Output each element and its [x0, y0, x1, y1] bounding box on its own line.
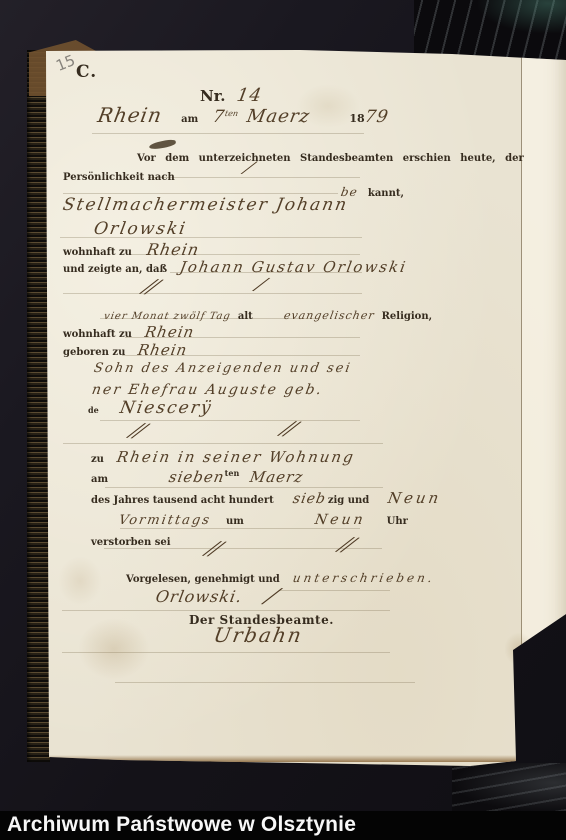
death-month-value: Maerz: [249, 468, 305, 486]
section-letter: C.: [76, 62, 97, 82]
registrar-signature: Urbahn: [214, 623, 303, 647]
zeigte-an-label: und zeigte an, daß: [63, 264, 167, 275]
page-bottom-edge: [47, 755, 517, 762]
age-value: vier Monat zwölf Tag: [103, 311, 232, 322]
de-fragment: de: [88, 405, 99, 415]
death-time-line: Vormittags um Neun Uhr: [119, 509, 408, 528]
year-printed: 18: [349, 112, 364, 125]
am-label: am: [181, 114, 198, 125]
death-place-value: Rhein in seiner Wohnung: [115, 448, 356, 466]
daypart-value: Vormittags: [118, 513, 213, 528]
year-written: 79: [363, 107, 390, 127]
ruled-line: [115, 682, 415, 683]
report-line: und zeigte an, daß Johann Gustav Orlowsk…: [63, 257, 407, 276]
declarant-line2-text: Orlowski: [92, 219, 188, 239]
stain: [58, 556, 102, 606]
marbled-binding-texture: [452, 763, 566, 813]
closing-line: Vorgelesen, genehmigt und unterschrieben…: [126, 567, 435, 586]
hour-value: Neun: [314, 512, 367, 528]
bekannt-printed: kannt,: [368, 188, 404, 199]
persoenlichkeit-line: Persönlichkeit nach: [63, 165, 175, 184]
archive-caption-text: Archiwum Państwowe w Olsztynie: [7, 813, 356, 837]
intro-line: Vor dem unterzeichneten Standesbeamten e…: [137, 146, 524, 165]
year-hw1-value: sieb: [291, 491, 327, 507]
month-value: Maerz: [245, 106, 312, 127]
document-page: 15 C. Nr. 14 Rhein am 7ten Maerz 1879 Vo…: [0, 0, 566, 840]
closing-printed-text: Vorgelesen, genehmigt und: [126, 574, 280, 585]
am-label: am: [91, 474, 108, 485]
place-value: Rhein: [96, 103, 164, 127]
age-religion-line: vier Monat zwölf Tag alt evangelischer R…: [104, 304, 432, 323]
parents-line-2: ner Ehefrau Auguste geb.: [92, 379, 323, 398]
year-hw2-value: Neun: [387, 489, 444, 507]
verstorben-line: verstorben sei: [91, 530, 171, 549]
day-suffix: ten: [224, 109, 239, 118]
zu-label: zu: [91, 454, 104, 465]
book-cover-bottom-right: [452, 763, 566, 813]
ruled-line: [148, 177, 360, 178]
death-year-line: des Jahres tausend acht hundert siebzig …: [91, 488, 442, 507]
ruled-line: [63, 293, 362, 294]
death-day-suffix: ten: [225, 468, 240, 478]
ruled-line: [63, 443, 383, 444]
religion-label: Religion,: [382, 311, 432, 322]
deceased-name-value: Johann Gustav Orlowski: [179, 258, 409, 276]
death-day-value: sieben: [168, 468, 227, 486]
death-place-line: zu Rhein in seiner Wohnung: [91, 447, 355, 466]
section-letter-text: C.: [76, 62, 97, 82]
persoenlichkeit-text: Persönlichkeit nach: [63, 172, 175, 183]
death-date-line: am siebenten Maerz: [91, 467, 304, 486]
zig-und-label: zig und: [328, 495, 369, 506]
verstorben-label: verstorben sei: [91, 537, 171, 548]
place-date-line: Rhein am 7ten Maerz 1879: [98, 103, 388, 127]
residence-line-2: wohnhaft zu Rhein: [63, 322, 194, 341]
teal-marbling-tint: [476, 0, 566, 34]
alt-label: alt: [238, 311, 253, 322]
stain: [504, 632, 534, 666]
parents-line-1: Sohn des Anzeigenden und sei: [94, 357, 352, 376]
year-printed-label: des Jahres tausend acht hundert: [91, 495, 274, 506]
stain: [78, 618, 150, 680]
intro-text: Vor dem unterzeichneten Standesbeamten e…: [137, 153, 524, 164]
declarant-signature-text: Orlowski.: [154, 587, 244, 606]
declarant-surname-line: Orlowski: [94, 219, 187, 239]
mother-name-value: Niescerÿ: [118, 398, 214, 418]
uhr-label: Uhr: [387, 516, 408, 527]
mother-maiden-name-line: de Niescerÿ: [88, 398, 212, 418]
declarant-line1-text: Stellmachermeister Johann: [61, 195, 350, 215]
ruled-line: [280, 590, 390, 591]
bekannt-line: be kannt,: [341, 181, 404, 200]
parents-line2-text: ner Ehefrau Auguste geb.: [91, 382, 325, 398]
parents-line1-text: Sohn des Anzeigenden und sei: [93, 361, 353, 376]
declarant-signature: Orlowski.: [156, 587, 242, 606]
archival-photo: 15 C. Nr. 14 Rhein am 7ten Maerz 1879 Vo…: [0, 0, 566, 840]
ruled-line: [63, 193, 338, 194]
registrar-signature-text: Urbahn: [212, 623, 305, 647]
ruled-line: [92, 133, 364, 134]
religion-value: evangelischer: [283, 309, 376, 322]
residence-2-value: Rhein: [143, 323, 195, 341]
declarant-occupation-line: Stellmachermeister Johann: [63, 195, 348, 215]
ruled-line: [120, 528, 360, 529]
wohnhaft-zu-label: wohnhaft zu: [63, 329, 132, 340]
closing-hw-text: unterschrieben.: [292, 571, 436, 585]
um-label: um: [226, 516, 244, 527]
archive-caption-bar: Archiwum Państwowe w Olsztynie: [0, 811, 566, 840]
